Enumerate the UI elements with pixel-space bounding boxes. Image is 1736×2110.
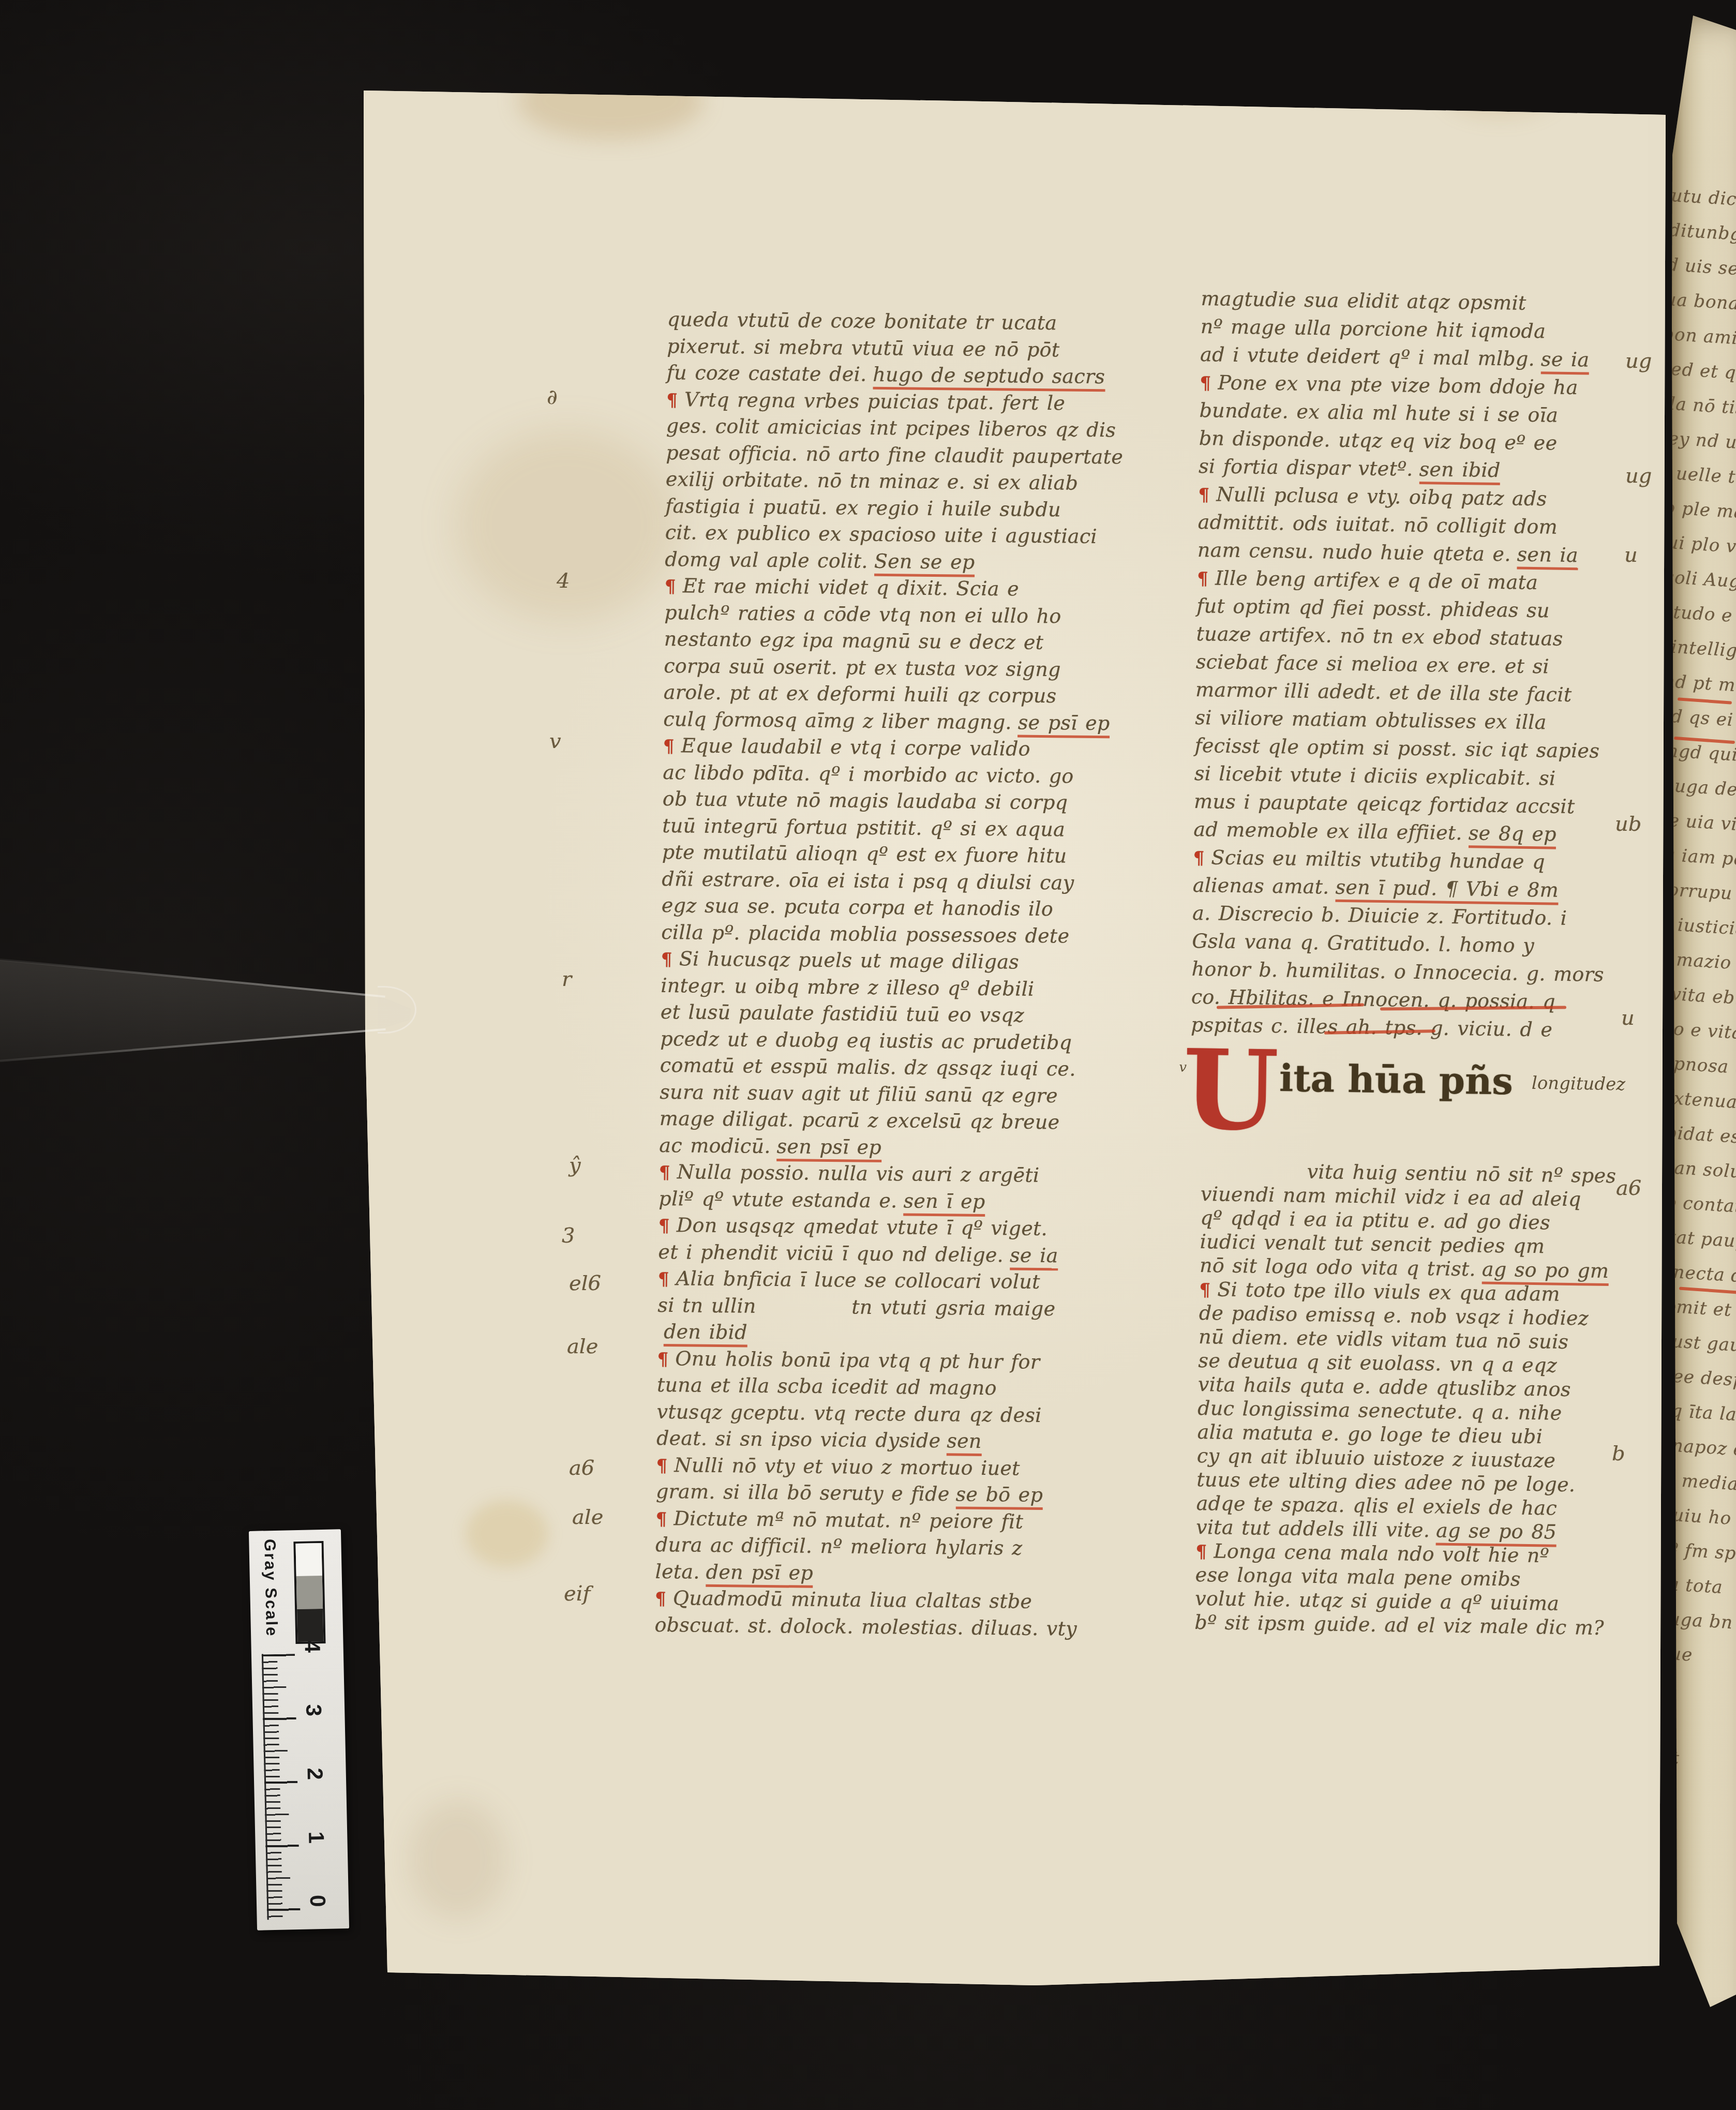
ruler-number: 4 xyxy=(300,1640,324,1653)
manuscript-line: si tn ullin tn vtuti gsria maige xyxy=(657,1293,1128,1324)
manuscript-line: se deutua q sit euolass. vn q a eqz xyxy=(1198,1349,1620,1379)
rubricated-citation xyxy=(1555,991,1555,1014)
facing-line: s ita deo st xyxy=(1669,1742,1736,1790)
manuscript-line: sciebat face si melioa ex ere. et si xyxy=(1195,650,1618,684)
pilcrow-mark xyxy=(1196,1470,1197,1491)
pilcrow-mark xyxy=(1198,541,1198,561)
facing-line: uiua sibi q xyxy=(1669,1776,1736,1824)
stain xyxy=(466,1500,548,1567)
manuscript-line: ¶Dictute mª nō mutat. nº peiore fit xyxy=(655,1506,1126,1537)
manuscript-line: ad memoble ex illa effiiet.se 8q ep xyxy=(1193,818,1615,851)
manuscript-line: cilla pº. placida moblia possessoes dete xyxy=(661,920,1132,951)
manuscript-line: pcedz ut e duobg eq iustis ac prudetibq xyxy=(660,1027,1131,1058)
facing-line: it gd qs ei bn xyxy=(1669,704,1736,752)
rubricated-citation xyxy=(1558,404,1559,428)
manuscript-line: iudici venalt tut sencit pedies qm xyxy=(1200,1230,1622,1260)
pilcrow-mark: ¶ xyxy=(1199,1280,1210,1300)
rubricated-citation xyxy=(1552,1019,1553,1042)
manuscript-line: volut hie. utqz si guide a qº uiuima xyxy=(1195,1587,1617,1617)
manuscript-line: ¶Don usqsqz qmedat vtute ī qº viget. xyxy=(659,1214,1129,1245)
pilcrow-mark: ¶ xyxy=(663,736,675,757)
pilcrow-mark xyxy=(1200,345,1201,366)
facing-line: ub ple mala qs xyxy=(1669,497,1736,545)
manuscript-line: deat. si sn ipso vicia dysidesen xyxy=(656,1427,1127,1458)
manuscript-line: ¶Si toto tpe illo viuls ex qua adam xyxy=(1199,1278,1621,1307)
manuscript-line: culq formosq aīmg z liber magng.se psī e… xyxy=(663,707,1134,738)
facing-line: qnde me xyxy=(1669,1673,1736,1721)
chapter-heading: v U ita hūa pñs longitudez xyxy=(1200,1041,1623,1164)
manuscript-line: den ibid xyxy=(657,1320,1128,1351)
pilcrow-mark: ¶ xyxy=(658,1269,669,1290)
gray-scale-card: Gray Scale 43210 xyxy=(249,1529,349,1931)
ruler-number: 2 xyxy=(303,1768,327,1780)
facing-line: ys Auga de doctr xyxy=(1669,773,1736,821)
pilcrow-mark xyxy=(1200,1232,1200,1253)
rubricated-citation xyxy=(1549,599,1550,623)
facing-line: ditunbg on l y xyxy=(1669,220,1736,268)
facing-line: q pura xyxy=(1669,1708,1736,1756)
manuscript-line: obscuat. st. dolock. molestias. diluas. … xyxy=(654,1613,1125,1644)
manuscript-line: tuna et illa scba icedit ad magno xyxy=(657,1373,1128,1404)
rubricated-citation xyxy=(1557,1354,1558,1378)
facing-line: bis iactat paupt xyxy=(1669,1223,1736,1271)
manuscript-line: leta.den psī ep xyxy=(655,1560,1126,1591)
rubricated-citation: sen xyxy=(947,1429,982,1456)
pilcrow-mark xyxy=(1193,820,1194,841)
manuscript-line: vtusqz gceptu. vtq recte dura qz desi xyxy=(656,1400,1127,1431)
rubricated-citation: ag so po gm xyxy=(1482,1258,1609,1286)
manuscript-line: nū diem. ete vidls vitam tua nō suis xyxy=(1199,1325,1621,1355)
pilcrow-mark xyxy=(1195,708,1195,729)
manuscript-line: nº mage ulla porcione hit iqmoda xyxy=(1200,315,1622,349)
facing-line: e vite bone xyxy=(1669,1811,1736,1859)
margin-note: 4 xyxy=(557,569,570,593)
facing-line: ala nō tis ple xyxy=(1669,393,1736,441)
facing-line: gsando contat xyxy=(1669,1188,1736,1236)
manuscript-line: et i phendit viciū ī quo nd delige.se ia xyxy=(658,1240,1129,1271)
facing-line: vita ho e vita xyxy=(1669,1015,1736,1064)
pilcrow-mark: ¶ xyxy=(657,1349,668,1369)
pilcrow-mark xyxy=(1200,1208,1201,1229)
left-text-column: queda vtutū de coze bonitate tr ucatapix… xyxy=(654,308,1138,1644)
margin-note: eif xyxy=(564,1582,590,1606)
rubricated-citation: se ia xyxy=(1010,1244,1058,1270)
pilcrow-mark xyxy=(1194,764,1195,785)
facing-line: ue corrupu Ag r xyxy=(1669,877,1736,925)
manuscript-line: ¶Quadmodū minuta liua claltas stbe xyxy=(655,1587,1126,1618)
heading-cursive-tail: longitudez xyxy=(1532,1073,1626,1095)
pilcrow-mark xyxy=(1193,876,1193,896)
margin-note: ale xyxy=(572,1505,603,1529)
facing-page-text: utu dichl yn onditunbg on l yd uis segit… xyxy=(1669,185,1736,1928)
manuscript-line: ob tua vtute nō magis laudaba si corpq xyxy=(663,787,1133,818)
pilcrow-mark xyxy=(1199,457,1199,477)
stain xyxy=(455,429,678,621)
facing-line: bon amiau boni xyxy=(1669,324,1736,372)
facing-line: mlingd qui ma xyxy=(1669,739,1736,787)
facing-line: fur e iusticia ho xyxy=(1669,911,1736,960)
rubricated-citation xyxy=(1572,683,1572,707)
manuscript-line: vita hails quta e. adde qtuslibz anos xyxy=(1198,1373,1620,1402)
manuscript-line: ¶Alia bnficia ī luce se collocari volut xyxy=(658,1267,1129,1298)
manuscript-line: comatū et esspū malis. dz qssqz iuqi ce. xyxy=(660,1054,1131,1085)
manuscript-line: nō sit loga odo vita q trist.ag so po gm xyxy=(1200,1254,1622,1283)
facing-line: ad te dnm xyxy=(1669,1846,1736,1894)
rubricated-citation: ag se po 85 xyxy=(1436,1519,1557,1547)
facing-line: s uia iam pcio xyxy=(1669,843,1736,891)
rubricated-citation xyxy=(1578,376,1578,400)
manuscript-line: fut optim qd fiei posst. phideas su xyxy=(1196,594,1619,628)
manuscript-line: mus i pauptate qeicqz fortidaz accsit xyxy=(1194,790,1616,824)
manuscript-line: fastigia i puatū. ex regio i huile subdu xyxy=(665,494,1136,525)
manuscript-line: cy qn ait ibluuio uistoze z iuustaze xyxy=(1197,1444,1619,1474)
facing-line: qs uita e xyxy=(1669,1880,1736,1928)
rubricated-citation: sen ī pud. ¶ Vbi e 8m xyxy=(1335,876,1559,905)
pilcrow-mark xyxy=(1191,960,1192,980)
margin-note: 3 xyxy=(562,1224,575,1248)
manuscript-line: honor b. humilitas. o Innocecia. g. mors xyxy=(1191,957,1613,991)
pilcrow-mark xyxy=(1198,513,1198,533)
manuscript-line: a. Discrecio b. Diuicie z. Fortitudo. i xyxy=(1192,902,1614,935)
pilcrow-mark xyxy=(1198,1375,1199,1396)
manuscript-line: ¶Scias eu miltis vtutibg hundae q xyxy=(1193,846,1615,879)
manuscript-line: gram. si illa bō seruty e fidese bō ep xyxy=(656,1480,1127,1511)
facing-line: utu dichl yn on xyxy=(1670,185,1736,233)
red-strikethrough xyxy=(1217,1004,1364,1009)
manuscript-line: ¶Nulla possio. nulla vis auri z argēti xyxy=(659,1160,1130,1191)
manuscript-line: et lusū paulate fastidiū tuū eo vsqz xyxy=(661,1000,1131,1031)
manuscript-line: dñi estrare. oīa ei ista i psq q diulsi … xyxy=(662,867,1132,898)
facing-line: e ui plo vozuisti xyxy=(1669,531,1736,579)
pilcrow-mark: ¶ xyxy=(1193,848,1204,869)
manuscript-line: exilij orbitate. nō tn minaz e. si ex al… xyxy=(666,468,1136,499)
manuscript-line: ad i vtute deidert qº i mal mlbg.se ia xyxy=(1200,343,1622,377)
facing-line: praat jan solud xyxy=(1669,1154,1736,1202)
manuscript-line: ges. colit amicicias int pcipes liberos … xyxy=(666,414,1137,445)
manuscript-line: ac modicū.sen psī ep xyxy=(659,1133,1130,1164)
ruler-number: 0 xyxy=(305,1895,330,1907)
manuscript-line: admittit. ods iuitat. nō colligit dom xyxy=(1198,511,1620,544)
manuscript-line: fu coze castate dei.hugo de septudo sacr… xyxy=(667,361,1138,392)
pilcrow-mark xyxy=(1192,904,1193,924)
pilcrow-mark xyxy=(1196,596,1197,617)
manuscript-photo: { "colors":{"background":"#131110","page… xyxy=(0,0,1736,2110)
facing-line: ua bona arboze xyxy=(1669,289,1736,337)
facing-line: is ad deauga bn xyxy=(1669,1604,1736,1652)
pilcrow-mark xyxy=(1201,1185,1201,1205)
facing-line: da nabidat este xyxy=(1669,1119,1736,1168)
facing-line: is nd pt melig xyxy=(1669,669,1736,717)
margin-note: a6 xyxy=(569,1456,594,1480)
pilcrow-mark: ¶ xyxy=(659,1162,670,1183)
rubricated-citation: se 8q ep xyxy=(1469,821,1557,849)
facing-line: ps intelligat xyxy=(1669,635,1736,683)
manuscript-line: corpa suū oserit. pt ex tusta voz signg xyxy=(664,654,1134,685)
manuscript-line: tuaze artifex. nō tn ex ebod statuas xyxy=(1196,622,1618,656)
rubricated-citation xyxy=(1604,1617,1605,1640)
rubricated-citation xyxy=(1546,711,1547,735)
pilcrow-mark: ¶ xyxy=(1197,568,1208,589)
pilcrow-mark xyxy=(1307,1162,1307,1183)
rubricated-citation: hugo de septudo sacrs xyxy=(873,363,1105,392)
rubricated-citation xyxy=(1555,1449,1556,1473)
ruler-number: 3 xyxy=(301,1704,326,1716)
rubricated-citation xyxy=(1538,571,1538,595)
manuscript-line: pixerut. si mebra vtutū viua ee nō pōt xyxy=(667,334,1138,365)
manuscript-line: nestanto egz ipa magnū su e decz et xyxy=(664,627,1135,659)
rubricated-citation xyxy=(1604,963,1605,987)
pilcrow-mark: ¶ xyxy=(661,949,672,970)
rubricated-citation xyxy=(1557,1497,1558,1521)
pilcrow-mark xyxy=(1201,289,1201,310)
pilcrow-mark: ¶ xyxy=(666,390,678,410)
rubricated-citation: sen ibid xyxy=(1419,458,1501,485)
pilcrow-mark xyxy=(1196,1494,1196,1515)
rubricated-citation xyxy=(1558,516,1558,540)
rubricated-citation: se ia xyxy=(1541,348,1590,375)
facing-line: is uelle te uelle xyxy=(1669,462,1736,510)
rubricated-citation xyxy=(1589,1307,1589,1330)
rubricated-citation xyxy=(1567,907,1567,931)
pilcrow-mark xyxy=(1200,1256,1200,1277)
manuscript-line: vita huig sentiu nō sit nº spes xyxy=(1201,1159,1623,1188)
manuscript-line: sura nit suav agit ut filiū sanū qz egre xyxy=(660,1080,1130,1111)
manuscript-line: de padiso emissq e. nob vsqz i hodiez xyxy=(1199,1301,1621,1331)
pilcrow-mark xyxy=(1199,401,1200,422)
margin-note: ub xyxy=(1615,812,1641,836)
manuscript-line: adqe te spaza. qlis el exiels de hac xyxy=(1196,1492,1618,1521)
pilcrow-mark xyxy=(1199,1304,1200,1324)
facing-line: e soli Auga in po xyxy=(1669,566,1736,614)
manuscript-line: duc longissima senectute. q a. nihe xyxy=(1198,1397,1620,1426)
pilcrow-mark xyxy=(1195,1589,1195,1610)
heading-textura-words: ita hūa pñs xyxy=(1279,1056,1513,1103)
facing-line: oz culpnosa qua xyxy=(1669,1050,1736,1098)
rubricated-citation xyxy=(1520,1568,1521,1592)
manuscript-line: Gsla vana q. Gratitudo. l. homo y xyxy=(1192,930,1614,963)
pilcrow-mark: ¶ xyxy=(659,1216,670,1236)
rubricated-citation xyxy=(1616,1164,1617,1188)
rubricated-citation xyxy=(1559,1592,1560,1616)
margin-note: ug xyxy=(1625,464,1652,488)
manuscript-line: ¶Pone ex vna pte vize bom ddoje ha xyxy=(1200,371,1622,405)
pilcrow-mark xyxy=(1196,1518,1196,1538)
rubricated-citation: den psī ep xyxy=(706,1560,813,1588)
manuscript-line: cit. ex publico ex spacioso uite i agust… xyxy=(665,521,1136,552)
guide-letter: v xyxy=(1179,1059,1187,1075)
rubricated-citation xyxy=(1575,795,1575,819)
rubricated-citation xyxy=(1570,1378,1571,1402)
red-strikethrough xyxy=(1324,1029,1435,1035)
rubricated-citation xyxy=(1545,1235,1545,1259)
facing-line: Tantis et ue xyxy=(1669,1638,1736,1686)
rubricated-citation xyxy=(1599,740,1600,764)
facing-line: abul extenuat xyxy=(1669,1085,1736,1133)
right-text-column-upper: magtudie sua elidit atqz opsmitnº mage u… xyxy=(1191,287,1623,1047)
manuscript-line: ¶Et rae michi videt q dixit. Scia e xyxy=(665,574,1135,605)
manuscript-line: tuus ete ulting dies adee nō pe loge. xyxy=(1196,1468,1619,1498)
rubricated-citation xyxy=(1546,320,1546,343)
margin-note: v xyxy=(549,729,561,753)
pilcrow-mark xyxy=(1195,1565,1195,1586)
facing-line: d uis segite ma xyxy=(1669,255,1736,303)
facing-line: stet aniust gaud xyxy=(1669,1327,1736,1375)
rubricated-citation: sen ia xyxy=(1517,543,1578,571)
manuscript-line: alia matuta e. go loge te dieu ubi xyxy=(1197,1420,1619,1450)
pilcrow-mark xyxy=(1198,1399,1198,1419)
rubricated-citation: sen ī ep xyxy=(903,1189,985,1217)
facing-line: uita hacia tota xyxy=(1669,1569,1736,1617)
rubricated-citation xyxy=(1549,1544,1550,1568)
manuscript-line: egz sua se. pcuta corpa et hanodis ilo xyxy=(662,894,1132,925)
manuscript-line: vita tut addels illi vite.ag se po 85 xyxy=(1196,1516,1618,1545)
red-strikethrough xyxy=(1380,1006,1566,1010)
rubricated-citation xyxy=(1534,934,1535,958)
pilcrow-mark: ¶ xyxy=(1200,373,1211,394)
rubricated-citation xyxy=(1560,1283,1560,1307)
facing-page-edge: utu dichl yn onditunbg on l yd uis segit… xyxy=(1669,14,1736,2016)
rubricated-citation xyxy=(1555,767,1556,791)
manuscript-line: si viliore matiam obtulisses ex illa xyxy=(1195,706,1617,740)
rubricated-citation xyxy=(1563,627,1563,651)
rubricated-citation xyxy=(1543,1425,1543,1449)
pilcrow-mark xyxy=(1194,736,1195,757)
manuscript-line: ¶Longa cena mala ndo volt hie nº xyxy=(1195,1539,1618,1569)
rubricated-citation xyxy=(1581,1188,1581,1211)
manuscript-line: integr. u oibq mbre z illeso qº debili xyxy=(661,974,1131,1005)
pilcrow-mark xyxy=(1196,624,1196,645)
rubricated-citation: den ibid xyxy=(664,1320,747,1348)
manuscript-line: magtudie sua elidit atqz opsmit xyxy=(1201,287,1623,321)
manuscript-line: marmor illi adedt. et de illa ste facit xyxy=(1195,678,1618,712)
pilcrow-mark xyxy=(1191,987,1192,1008)
pilcrow-mark: ¶ xyxy=(655,1589,666,1609)
manuscript-line: si fortia dispar vtetº.sen ibid xyxy=(1199,455,1621,488)
facing-line: sor e uia vitu xyxy=(1669,808,1736,856)
rubricated-citation xyxy=(1526,292,1527,316)
rubricated-citation xyxy=(1550,1211,1551,1235)
pilcrow-mark xyxy=(1198,1351,1199,1372)
pilcrow-mark: ¶ xyxy=(665,576,676,597)
manuscript-line: ¶Onu holis bonū ipa vtq q pt hur for xyxy=(657,1346,1128,1378)
manuscript-line: ¶Vrtq regna vrbes puicias tpat. fert le xyxy=(666,387,1137,418)
margin-note: b xyxy=(1612,1442,1625,1465)
manuscript-line: ¶Nulli pclusa e vty. oibq patz ads xyxy=(1198,483,1620,516)
manuscript-line: co. Hbilitas. e Innocen. q. possia. q xyxy=(1191,985,1613,1019)
ruler-number: 1 xyxy=(304,1831,328,1844)
pilcrow-mark xyxy=(1191,1015,1191,1036)
manuscript-line: bº sit ipsm guide. ad el viz male dic m? xyxy=(1194,1611,1617,1640)
facing-line: plstudo e z xyxy=(1669,601,1736,649)
margin-note: r xyxy=(562,967,572,991)
manuscript-line: ese longa vita mala pene omibs xyxy=(1195,1563,1617,1593)
pilcrow-mark: ¶ xyxy=(1198,485,1209,505)
margin-note: u xyxy=(1621,1006,1635,1030)
facing-line: quatū si uiu ho xyxy=(1669,1500,1736,1548)
rubricated-citation: sen psī ep xyxy=(776,1135,881,1162)
manuscript-line: pulchº raties a cōde vtq non ei ullo ho xyxy=(664,601,1135,632)
rubricated-citation xyxy=(1557,432,1558,456)
pilcrow-mark: ¶ xyxy=(655,1508,667,1529)
rubricated-citation: se psī ep xyxy=(1018,711,1110,738)
manuscript-line: si licebit vtute i diciis explicabit. si xyxy=(1194,762,1616,796)
pilcrow-mark xyxy=(1201,317,1201,338)
rubricated-citation xyxy=(1547,487,1547,511)
facing-line: qslit senecta del xyxy=(1669,1258,1736,1306)
manuscript-line: pspitas c. illes ah. tps. g. viciu. d e xyxy=(1191,1013,1613,1047)
manuscript-line: viuendi nam michil vidz i ea ad aleiq xyxy=(1201,1183,1623,1212)
facing-line: leta nia napoz e xyxy=(1669,1431,1736,1479)
facing-line: uena mazio pn xyxy=(1669,946,1736,994)
rubricated-citation xyxy=(1549,655,1550,679)
rubricated-citation: Sen se ep xyxy=(874,549,975,577)
rubricated-citation xyxy=(1568,1330,1569,1354)
margin-note: ug xyxy=(1625,349,1652,373)
margin-note: a6 xyxy=(1616,1176,1641,1200)
manuscript-line: nam censu. nudo huie qteta e.sen ia xyxy=(1197,538,1619,572)
right-text-column-lower: vita huig sentiu nō sit nº spesviuendi n… xyxy=(1194,1159,1623,1640)
rubricated-citation xyxy=(1545,850,1546,874)
pilcrow-mark xyxy=(1196,652,1196,673)
manuscript-line: domg val aple colit.Sen se ep xyxy=(665,547,1135,578)
rubricated-citation xyxy=(1562,1402,1562,1426)
facing-line: yed et qs qe m xyxy=(1669,358,1736,406)
manuscript-line: bundate. ex alia ml hute si i se oīa xyxy=(1199,399,1621,432)
red-initial-letter: U xyxy=(1182,1035,1279,1146)
manuscript-line: ¶Si hucusqz puels ut mage diligas xyxy=(661,947,1132,978)
manuscript-line: pte mutilatū alioqn qº est ex fuore hitu xyxy=(662,841,1133,872)
pilcrow-mark: ¶ xyxy=(656,1455,667,1476)
facing-line: qleit vita ebna L xyxy=(1669,981,1736,1029)
manuscript-line: fecisst qle optim si posst. sic iqt sapi… xyxy=(1194,734,1617,768)
pilcrow-mark xyxy=(1195,680,1196,701)
manuscript-line: qº qdqd i ea ia ptitu e. ad go dies xyxy=(1200,1206,1622,1236)
pilcrow-mark xyxy=(1199,1327,1199,1348)
facing-line: hoz ī auq īta la xyxy=(1669,1396,1736,1444)
pilcrow-mark xyxy=(1194,792,1194,813)
manuscript-line: dura ac difficil. nº meliora hylaris z xyxy=(655,1533,1126,1564)
margin-note: el6 xyxy=(569,1271,601,1295)
margin-note: ŷ xyxy=(569,1154,581,1177)
pilcrow-mark: ¶ xyxy=(1195,1542,1207,1562)
manuscript-line: arole. pt at ex deformi huili qz corpus xyxy=(664,681,1134,712)
ruler-numbers: 43210 xyxy=(249,1529,349,1931)
manuscript-line: ¶Ille beng artifex e q de oī mata xyxy=(1197,566,1619,600)
manuscript-line: mage diligat. pcarū z excelsū qz breue xyxy=(660,1107,1130,1138)
facing-line: fi et nū ee despeu xyxy=(1669,1361,1736,1410)
manuscript-line: ¶Eque laudabil e vtq i corpe valido xyxy=(663,734,1134,765)
facing-line: uey nd uis ple xyxy=(1669,427,1736,475)
pilcrow-mark xyxy=(1197,1423,1198,1443)
margin-note: ale xyxy=(567,1335,598,1358)
stain xyxy=(409,1800,507,1919)
manuscript-line: pesat officia. nō arto fine claudit paup… xyxy=(666,441,1136,472)
pilcrow-mark xyxy=(1197,1446,1198,1467)
manuscript-line: tuū integrū fortua pstitit. qº si ex aqu… xyxy=(662,814,1133,845)
pilcrow-mark xyxy=(1199,429,1200,450)
pilcrow-mark xyxy=(1194,1613,1195,1634)
manuscript-line: ac libdo pdīta. qº i morbido ac victo. g… xyxy=(663,760,1133,791)
margin-note: ∂ xyxy=(547,385,558,409)
manuscript-line: queda vtutū de coze bonitate tr ucata xyxy=(667,308,1138,339)
facing-line: ue despmit et p xyxy=(1669,1292,1736,1340)
facing-line: qd si uiuº fm spm xyxy=(1669,1534,1736,1582)
pilcrow-mark xyxy=(1192,932,1192,952)
facing-line: pita hom media xyxy=(1669,1465,1736,1513)
rubricated-citation: se bō ep xyxy=(955,1483,1043,1510)
manuscript-line: pliº qº vtute estanda e.sen ī ep xyxy=(659,1187,1129,1218)
manuscript-line: bn disponde. utqz eq viz boq eº ee xyxy=(1199,427,1621,460)
